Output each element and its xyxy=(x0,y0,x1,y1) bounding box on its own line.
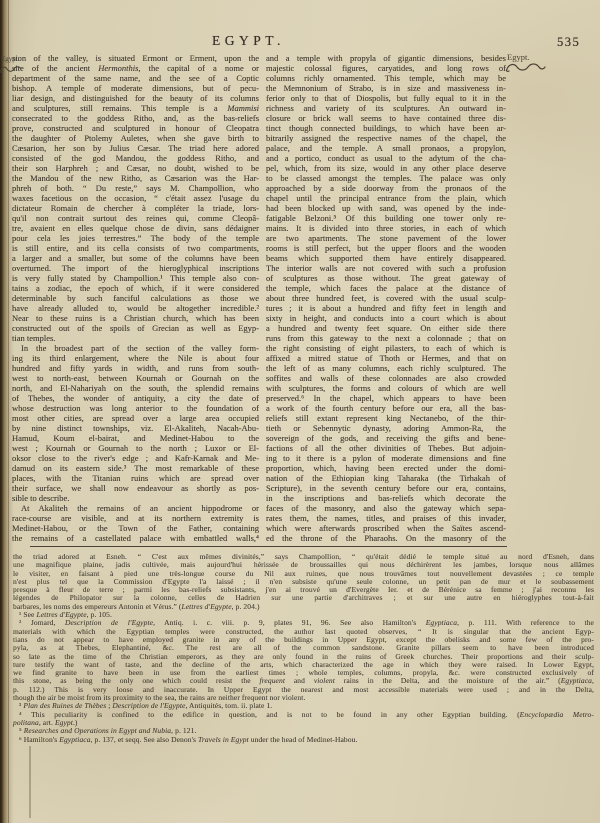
text-line: tures ; it is about a hundred and fifty … xyxy=(266,303,506,313)
text-line: have already alluded to, would be altoge… xyxy=(12,303,259,313)
text-line: whose destruction was long anterior to t… xyxy=(12,403,259,413)
text-line: their son Harphreh ; and Cæsar, no doubt… xyxy=(12,163,259,173)
text-line: reliefs still extant represent king Nect… xyxy=(266,413,506,423)
page-corner-line xyxy=(29,746,31,818)
text-line: had been blocked up with sand, was opene… xyxy=(266,203,506,213)
text-line: runs from this gateway to the next a col… xyxy=(266,333,506,343)
text-line: faces of the masonry, and also the gatew… xyxy=(266,503,506,513)
text-line: are two apartments. The stone pavement o… xyxy=(266,233,506,243)
text-line: race-course are visible, and at its nort… xyxy=(12,513,259,523)
page-header-title: EGYPT. xyxy=(212,33,285,49)
text-line: tre, avaient en elles quelque chose de d… xyxy=(12,223,259,233)
text-line: a hundred and twenty feet square. On eit… xyxy=(266,323,506,333)
text-line: the left of as many columns, each richly… xyxy=(266,363,506,373)
text-line: west ; Kournah or Gournah to the north ;… xyxy=(12,443,259,453)
text-line: bishop. A temple of moderate dimensions,… xyxy=(12,83,259,93)
text-line: the remains of a castellated palace with… xyxy=(12,533,259,543)
text-column-right: and a temple with propyla of gigantic di… xyxy=(266,53,506,543)
text-line: hundred and fifty yards in width, and ru… xyxy=(12,363,259,373)
text-line: rates them, the names, titles, and prais… xyxy=(266,513,506,523)
text-line: mains. It is divided into three stories,… xyxy=(266,223,506,233)
text-line: dictateur Romain de chercher à compléter… xyxy=(12,203,259,213)
text-line: Near to these ruins is a Christian churc… xyxy=(12,313,259,323)
text-line: determinable by such fanciful calculatio… xyxy=(12,293,259,303)
text-line: oksor close to the river's edge ; and Ka… xyxy=(12,453,259,463)
text-line: sible to describe. xyxy=(12,493,259,503)
text-line: by nine distinct townships, viz. El-Akal… xyxy=(12,423,259,433)
text-line: damud on its eastern side.³ The most rem… xyxy=(12,463,259,473)
text-line: qu'il non contrait surtout des reines qu… xyxy=(12,213,259,223)
text-line: ing its third enlargement, where the Nil… xyxy=(12,353,259,363)
text-line: tian temples. xyxy=(12,333,259,343)
text-line: most other cities, are spread over a lar… xyxy=(12,413,259,423)
page-number: 535 xyxy=(557,35,580,50)
text-line: In the broadest part of the section of t… xyxy=(12,343,259,353)
text-line: overturned. The import of the hieroglyph… xyxy=(12,263,259,273)
text-line: ing to it there is a pylon of moderate d… xyxy=(266,453,506,463)
text-line: of sculptures as those without. The grea… xyxy=(266,273,506,283)
text-column-left: sion of the valley, is situated Ermont o… xyxy=(12,53,259,543)
text-line: the Mandou of the new Ritho, as Cæsarion… xyxy=(12,173,259,183)
text-line: pour cela les joies terrestres.” The bod… xyxy=(12,233,259,243)
text-line: about three hundred feet, is covered wit… xyxy=(266,293,506,303)
text-line: sixty in height, and conducts into a cou… xyxy=(266,313,506,323)
text-line: factions of all the other divinities of … xyxy=(266,443,506,453)
text-line: sion of the valley, is situated Ermont o… xyxy=(12,53,259,63)
text-line: constructed out of the spoils of Grecian… xyxy=(12,323,259,333)
flourish-squiggle-right xyxy=(505,61,547,73)
text-line: phreh of both. “ Du reste,” says M. Cham… xyxy=(12,183,259,193)
text-line: and sculptures, still remains. This temp… xyxy=(12,103,259,113)
footnote-separator-rule xyxy=(30,546,507,547)
text-line: is very fully stated by Champollion.¹ Th… xyxy=(12,273,259,283)
text-line: department of the same name, and the see… xyxy=(12,73,259,83)
text-line: Scripture), in the seventh century befor… xyxy=(266,483,506,493)
text-line: columns richly ornamented. This temple, … xyxy=(266,73,506,83)
text-line: approached by a side doorway from the pr… xyxy=(266,183,506,193)
text-line: At Akaliteh the remains of an ancient hi… xyxy=(12,503,259,513)
text-line: Hamud, Koum el-bairat, and Medinet-Habou… xyxy=(12,433,259,443)
text-line: a larger and a smaller, but some of the … xyxy=(12,253,259,263)
text-line: affixed a mitred statue of Thoth or Herm… xyxy=(266,353,506,363)
text-line: rooms is still perfect, but the upper fl… xyxy=(266,243,506,253)
text-line: majestic colossal figures, caryatides, a… xyxy=(266,63,506,73)
text-line: fatigable Belzoni.⁵ Of this building one… xyxy=(266,213,506,223)
text-line: to be classed amongst the temples. The p… xyxy=(266,173,506,183)
text-line: site of the ancient Hermonthis, the capi… xyxy=(12,63,259,73)
text-line: preserved.⁶ In the chapel, which appears… xyxy=(266,393,506,403)
text-line: consecrated to the goddess Ritho, and, a… xyxy=(12,113,259,123)
book-page: EGYPT. 535 Egypt. Egypt. sion of the val… xyxy=(0,0,600,823)
text-line: consisted of the god Mandou, the goddess… xyxy=(12,153,259,163)
text-line: north, and El-Nahariyah on the south, th… xyxy=(12,383,259,393)
footnotes-block: the triad adored at Esneh. “ C'est aux m… xyxy=(13,553,594,744)
text-line: bitrarily assigned the respective names … xyxy=(266,133,506,143)
text-line: chapel until the principal entrance from… xyxy=(266,193,506,203)
text-line: beams which supported them have entirely… xyxy=(266,253,506,263)
text-line: ferior only to that of Diospolis, but fu… xyxy=(266,93,506,103)
text-line: places, with the Titanian ruins which ar… xyxy=(12,473,259,483)
text-line: pel, which, from its size, would in any … xyxy=(266,163,506,173)
text-line: and a portico, conduct as usual to the a… xyxy=(266,153,506,163)
text-line: closure or brick wall seems to have cont… xyxy=(266,113,506,123)
text-line: Cæsarion, her son by Julius Cæsar. The t… xyxy=(12,143,259,153)
text-line: a work of the fourth century before our … xyxy=(266,403,506,413)
text-line: the daughter of Ptolemy Auletes, when sh… xyxy=(12,133,259,143)
text-line: and a temple with propyla of gigantic di… xyxy=(266,53,506,63)
text-line: nation of the Ethiopian king Taharaka (t… xyxy=(266,473,506,483)
text-line: The interior walls are not covered with … xyxy=(266,263,506,273)
text-line: their surface, we shall now endeavour as… xyxy=(12,483,259,493)
text-line: palace, and the temple. A small pronaos,… xyxy=(266,143,506,153)
text-line: with sculptures, the forms and colours o… xyxy=(266,383,506,393)
text-line: is still entire, and its cella consists … xyxy=(12,243,259,253)
text-line: the right consisting of eight pilasters,… xyxy=(266,343,506,353)
text-line: tains a zodiac, the epoch of which, if i… xyxy=(12,283,259,293)
text-line: waxes facetious on the occasion, “ c'éta… xyxy=(12,193,259,203)
page-edge-line xyxy=(8,0,9,823)
text-line: which were afterwards proscribed when th… xyxy=(266,523,506,533)
text-line: of Thebes, the wonder of antiquity, a ci… xyxy=(12,393,259,403)
text-line: tieth or Sebennytic dynasty, adoring Amm… xyxy=(266,423,506,433)
text-line: west to north-east, between Kournah or G… xyxy=(12,373,259,383)
text-line: prove, constructed and sculptured in hon… xyxy=(12,123,259,133)
text-line: in the inscriptions and bas-reliefs whic… xyxy=(266,493,506,503)
text-line: the Memnonium of Strabo, is in size and … xyxy=(266,83,506,93)
text-line: tinct though connected buildings, to whi… xyxy=(266,123,506,133)
text-line: ed the throne of the Pharaohs. On the ma… xyxy=(266,533,506,543)
text-line: Medinet-Habou, or the Town of the Father… xyxy=(12,523,259,533)
text-line: richness and variety of its sculptures. … xyxy=(266,103,506,113)
text-line: ⁴ This peculiarity is confined to the ed… xyxy=(13,711,594,719)
text-line: proportion, which, having been erected u… xyxy=(266,463,506,473)
text-line: soffites and walls of these colonnades a… xyxy=(266,373,506,383)
text-line: ⁶ Hamilton's Egyptiaca, p. 137, et seqq.… xyxy=(13,736,594,744)
text-line: sovereign of the gods, and receiving the… xyxy=(266,433,506,443)
text-line: liar design, and distinguished for the b… xyxy=(12,93,259,103)
text-line: the temple, which faces the palace at th… xyxy=(266,283,506,293)
